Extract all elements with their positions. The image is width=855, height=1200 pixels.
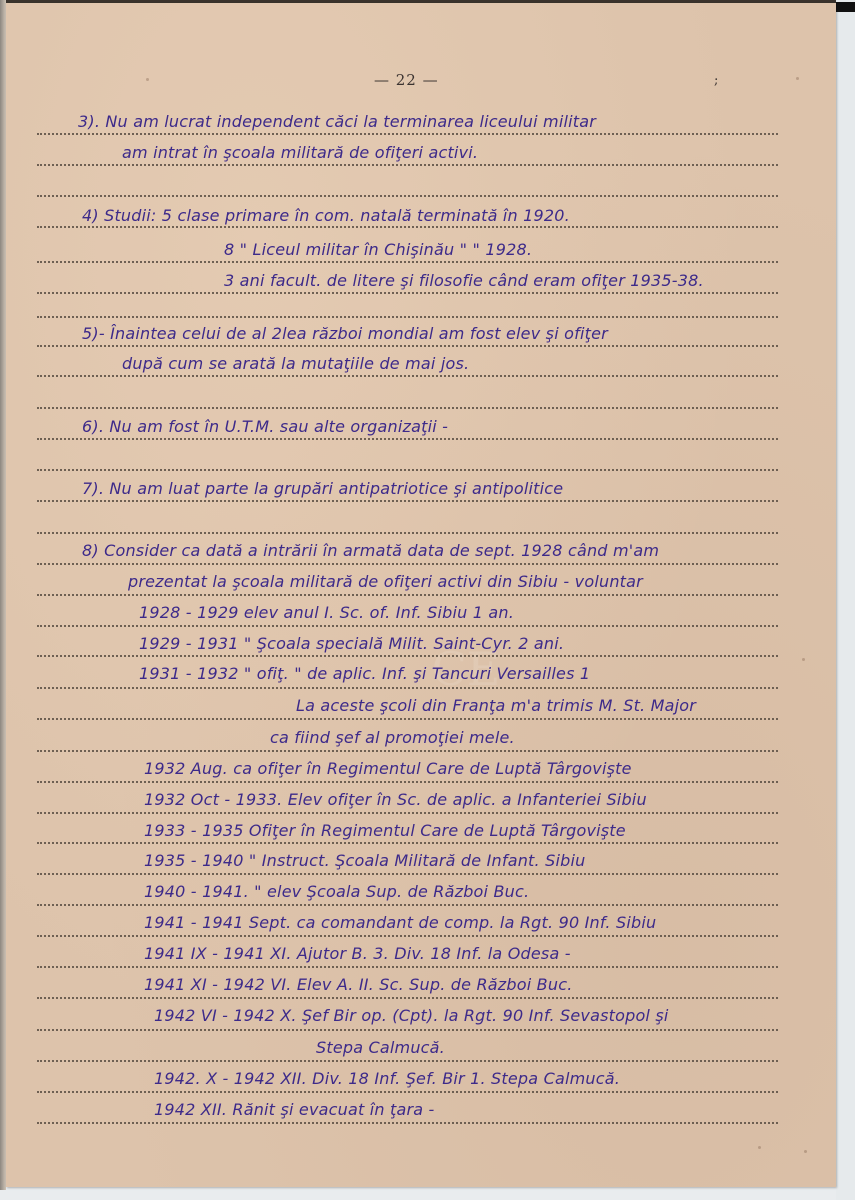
handwritten-line: am intrat în şcoala militară de ofiţeri … <box>122 143 478 163</box>
handwritten-line: 6). Nu am fost în U.T.M. sau alte organi… <box>82 417 448 437</box>
rule-line <box>37 842 778 844</box>
rule-line <box>37 532 778 534</box>
handwritten-line: La aceste şcoli din Franţa m'a trimis M.… <box>296 696 696 716</box>
rule-line <box>37 687 778 689</box>
rule-line <box>37 563 778 565</box>
handwritten-line: prezentat la şcoala militară de ofiţeri … <box>128 572 643 592</box>
rule-line <box>37 133 778 135</box>
scan-dark-corner <box>836 2 855 12</box>
rule-line <box>37 345 778 347</box>
rule-line <box>37 292 778 294</box>
handwritten-line: Stepa Calmucă. <box>316 1038 445 1058</box>
rule-line <box>37 781 778 783</box>
rule-line <box>37 655 778 657</box>
handwritten-line: 1928 - 1929 elev anul I. Sc. of. Inf. Si… <box>139 603 514 623</box>
handwritten-line: 8 " Liceul militar în Chişinău " " 1928. <box>224 240 532 260</box>
rule-line <box>37 997 778 999</box>
rule-line <box>37 1060 778 1062</box>
handwritten-line: 1929 - 1931 " Şcoala specială Milit. Sai… <box>139 634 564 654</box>
rule-line <box>37 966 778 968</box>
handwritten-line: 5)- Înaintea celui de al 2lea război mon… <box>82 324 608 344</box>
rule-line <box>37 873 778 875</box>
handwritten-line: 3 ani facult. de litere şi filosofie cân… <box>224 271 704 291</box>
handwritten-line: 8) Consider ca dată a intrării în armată… <box>82 541 659 561</box>
handwritten-line: 1932 Oct - 1933. Elev ofiţer în Sc. de a… <box>144 790 647 810</box>
handwritten-line: după cum se arată la mutaţiile de mai jo… <box>122 354 469 374</box>
scan-background-strip <box>836 0 855 1200</box>
paper-speck <box>146 78 149 81</box>
handwritten-line: 1941 - 1941 Sept. ca comandant de comp. … <box>144 913 656 933</box>
rule-line <box>37 469 778 471</box>
rule-line <box>37 164 778 166</box>
rule-line <box>37 1122 778 1124</box>
paper-speck <box>758 1146 761 1149</box>
rule-line <box>37 375 778 377</box>
page-number: — 22 — <box>374 71 439 89</box>
corner-mark: ; <box>714 73 718 88</box>
rule-line <box>37 195 778 197</box>
rule-line <box>37 438 778 440</box>
handwritten-line: 1940 - 1941. " elev Şcoala Sup. de Războ… <box>144 882 529 902</box>
rule-line <box>37 1029 778 1031</box>
handwritten-line: 4) Studii: 5 clase primare în com. natal… <box>82 206 570 226</box>
rule-line <box>37 812 778 814</box>
handwritten-line: ca fiind şef al promoţiei mele. <box>270 728 515 748</box>
paper-speck <box>802 658 805 661</box>
handwritten-line: 1931 - 1932 " ofiţ. " de aplic. Inf. şi … <box>139 664 590 684</box>
rule-line <box>37 316 778 318</box>
rule-line <box>37 226 778 228</box>
handwritten-line: 1935 - 1940 " Instruct. Şcoala Militară … <box>144 851 585 871</box>
handwritten-line: 1942. X - 1942 XII. Div. 18 Inf. Şef. Bi… <box>154 1069 620 1089</box>
handwritten-line: 1941 XI - 1942 VI. Elev A. II. Sc. Sup. … <box>144 975 572 995</box>
rule-line <box>37 1091 778 1093</box>
rule-line <box>37 935 778 937</box>
rule-line <box>37 500 778 502</box>
paper-speck <box>796 77 799 80</box>
rule-line <box>37 718 778 720</box>
rule-line <box>37 625 778 627</box>
handwritten-line: 7). Nu am luat parte la grupări antipatr… <box>82 479 563 499</box>
rule-line <box>37 261 778 263</box>
rule-line <box>37 750 778 752</box>
rule-line <box>37 594 778 596</box>
handwritten-line: 1933 - 1935 Ofiţer în Regimentul Care de… <box>144 821 626 841</box>
handwritten-line: 3). Nu am lucrat independent căci la ter… <box>78 112 596 132</box>
rule-line <box>37 904 778 906</box>
handwritten-line: 1942 XII. Rănit şi evacuat în ţara - <box>154 1100 435 1120</box>
handwritten-line: 1942 VI - 1942 X. Şef Bir op. (Cpt). la … <box>154 1006 669 1026</box>
handwritten-line: 1941 IX - 1941 XI. Ajutor B. 3. Div. 18 … <box>144 944 571 964</box>
document-page: — 22 — ; CE <box>6 3 836 1187</box>
rule-line <box>37 407 778 409</box>
paper-speck <box>804 1150 807 1153</box>
handwritten-line: 1932 Aug. ca ofiţer în Regimentul Care d… <box>144 759 632 779</box>
